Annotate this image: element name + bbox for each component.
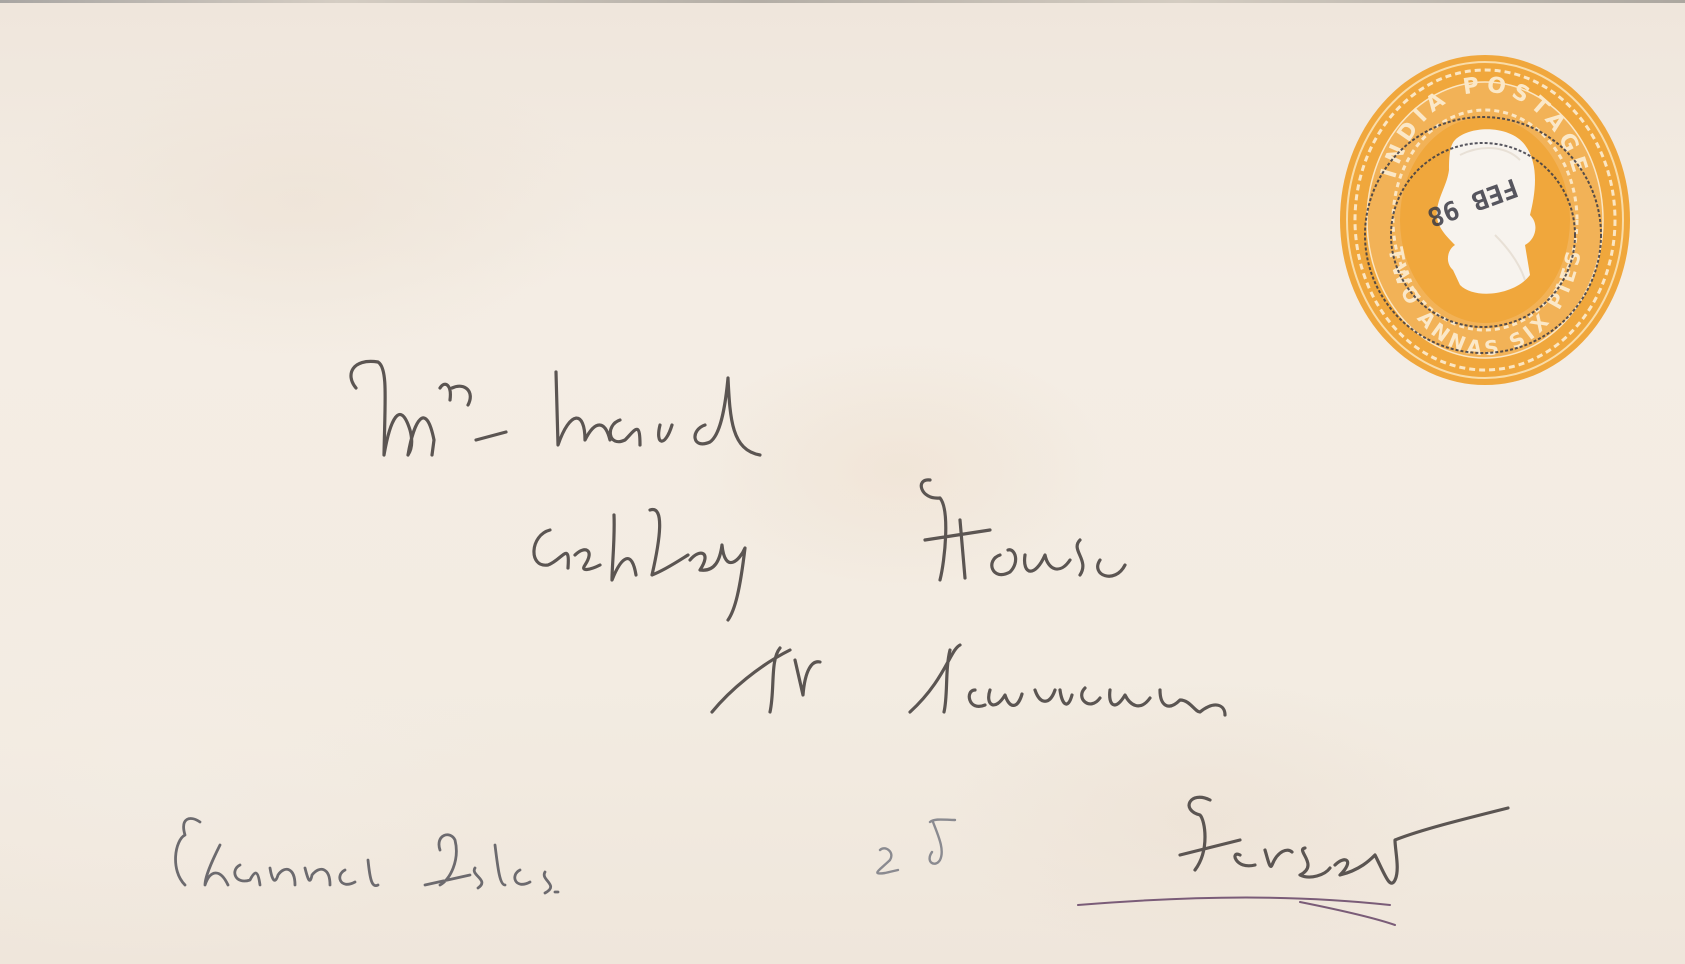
- jersey-underline: [1078, 898, 1395, 926]
- address-line3-saviours: [910, 645, 1225, 715]
- address-line2-ashley: [534, 510, 745, 620]
- address-line3-st: [712, 648, 820, 712]
- address-line1-mrs: [351, 361, 470, 455]
- address-line1-ward: [556, 372, 760, 455]
- address-note-2d: [877, 820, 955, 874]
- address-line4-jersey: [1180, 797, 1508, 883]
- address-line4-channel-isles: [176, 818, 558, 893]
- envelope: INDIA POSTAGE TWO ANNAS SIX PIES FEB 98: [0, 0, 1685, 964]
- address-line2-house: [921, 480, 1125, 580]
- handwritten-address: [0, 0, 1685, 964]
